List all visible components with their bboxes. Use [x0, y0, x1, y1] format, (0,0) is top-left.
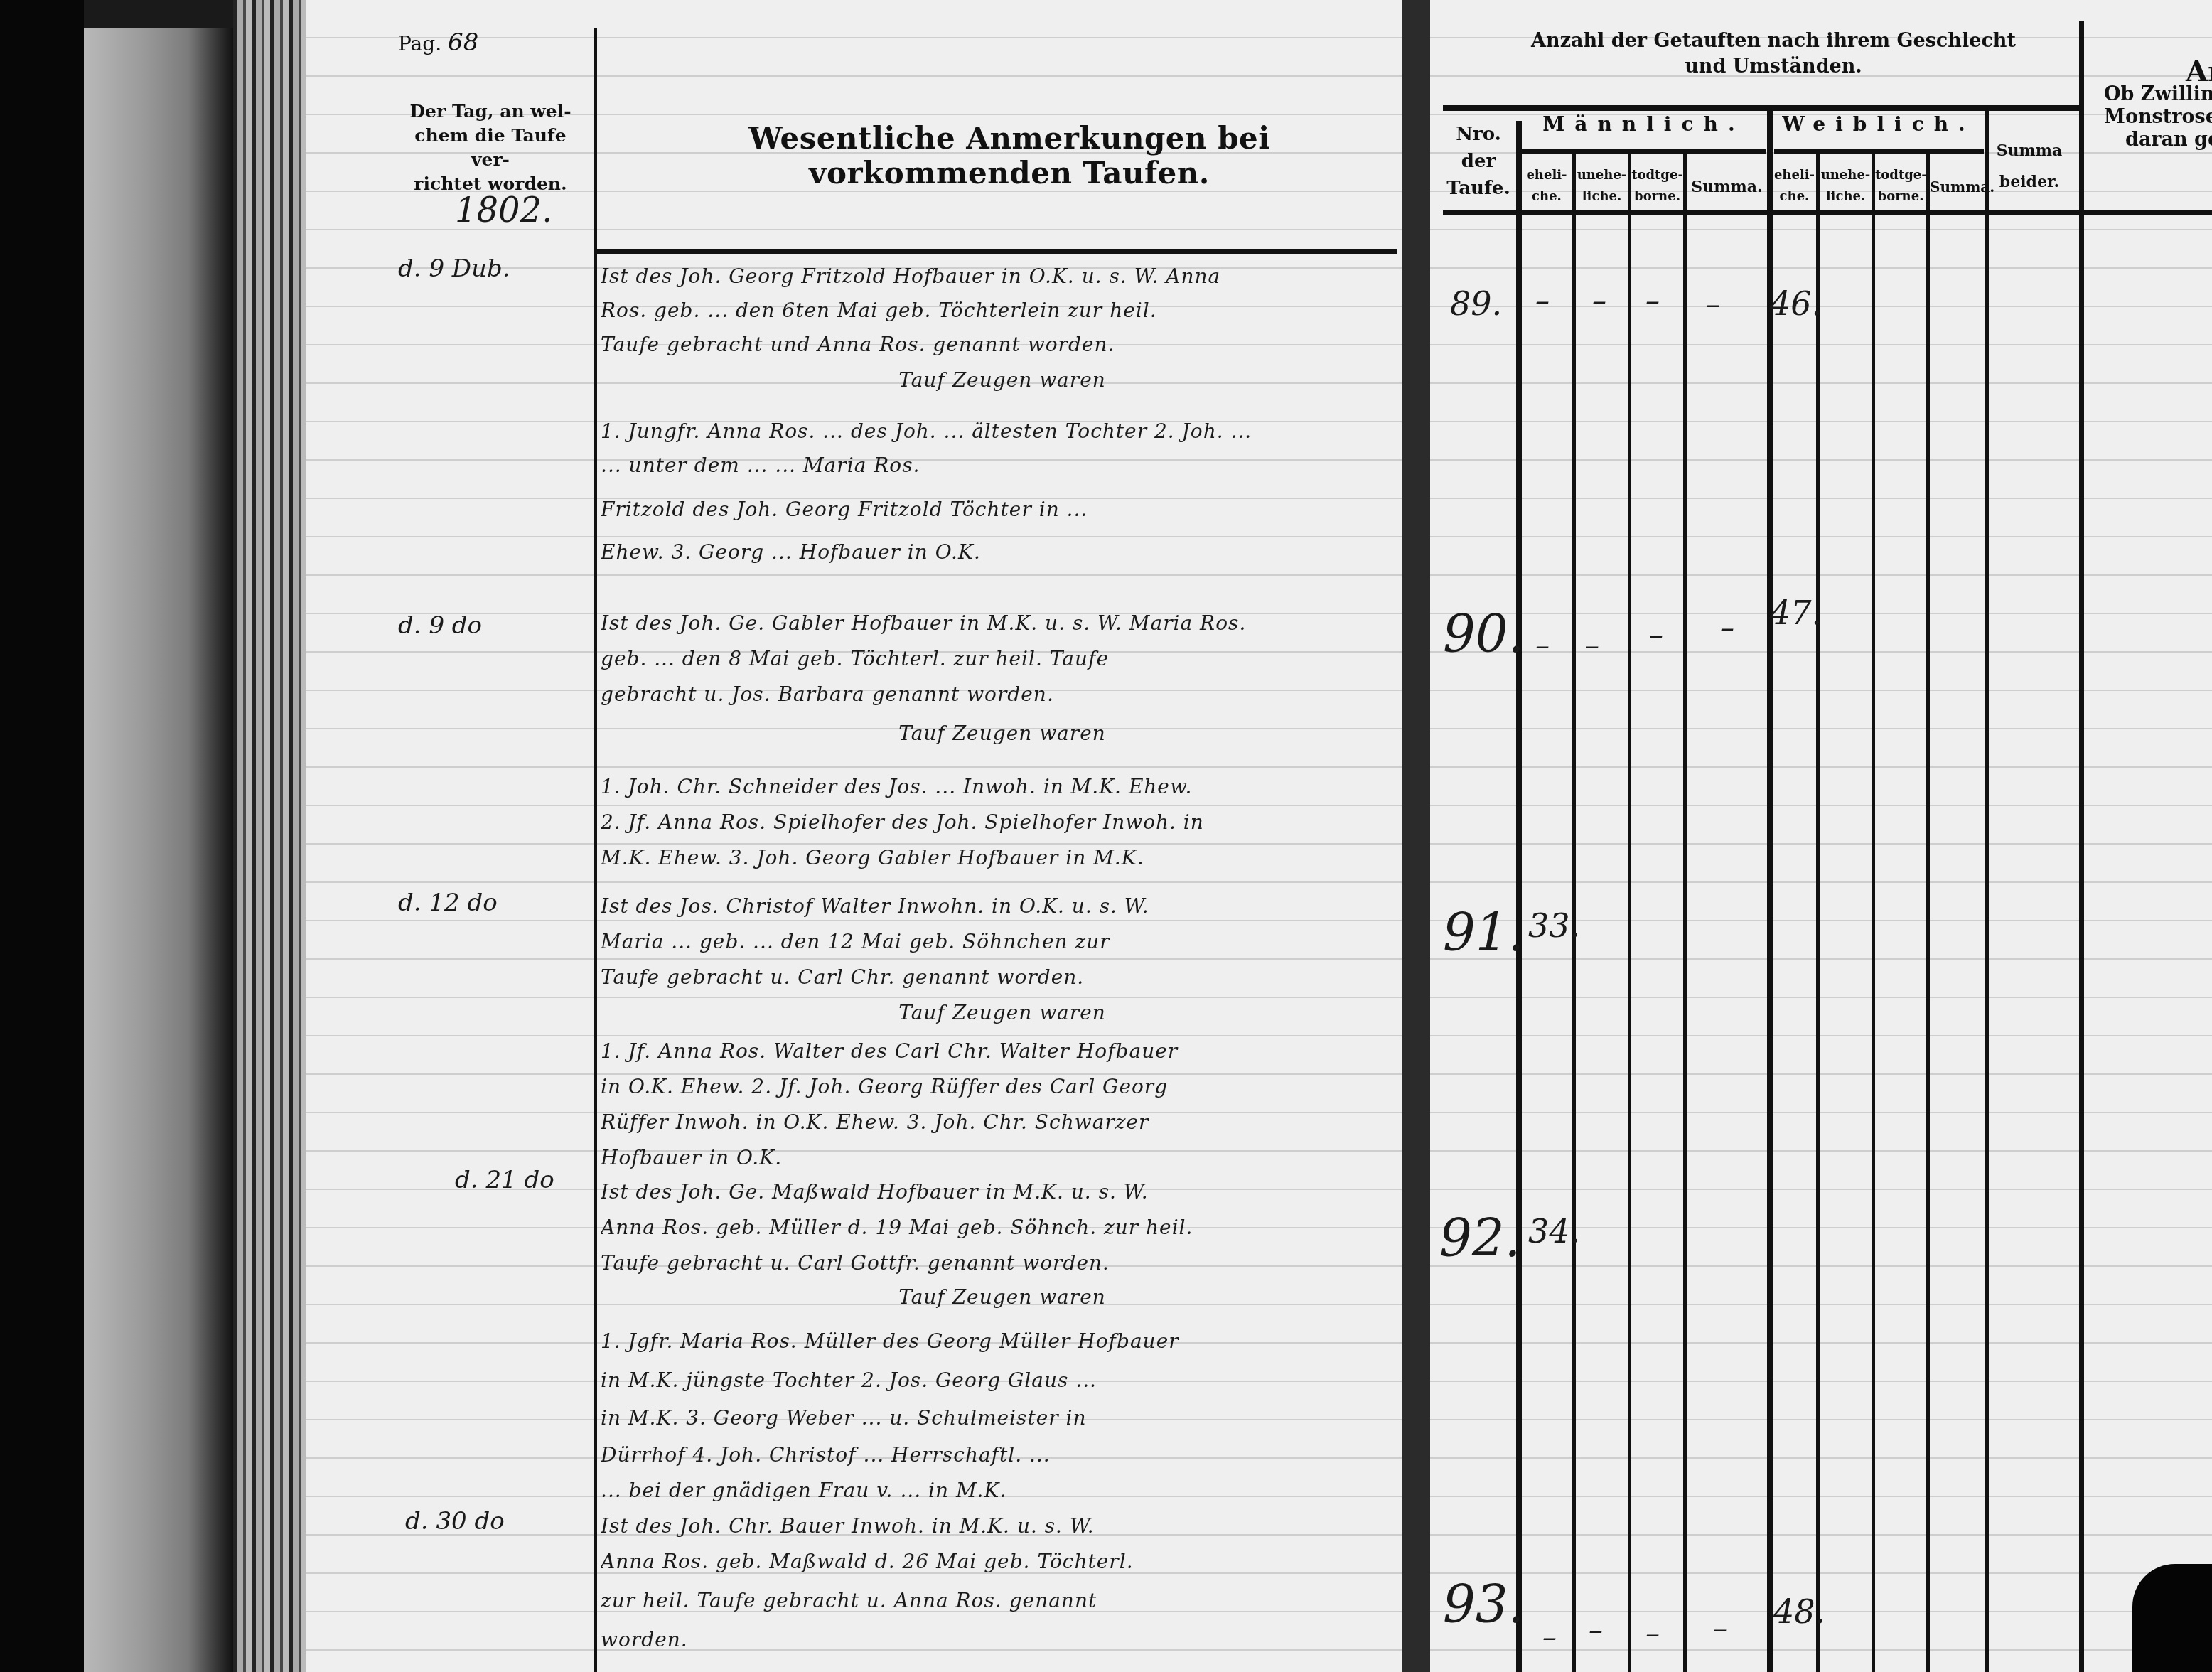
- sum-both-header: Summabeider.: [1990, 135, 2068, 198]
- gutter-top-shadow: [84, 0, 233, 28]
- date-column-header: Der Tag, an wel- chem die Taufe ver- ric…: [394, 100, 586, 196]
- male-stillborn-header: todtge-borne.: [1631, 165, 1683, 208]
- male-stillborn-value: –: [1645, 1617, 1660, 1650]
- rule-nro: [1516, 121, 1522, 1672]
- count-header-line: und Umständen.: [1471, 54, 2076, 80]
- male-illegit-header: unehe-liche.: [1576, 165, 1628, 208]
- sponsor-line: in O.K. Ehew. 2. Jf. Joh. Georg Rüffer d…: [601, 1075, 1404, 1098]
- male-sum-value: –: [1706, 288, 1720, 321]
- rule-f1: [1816, 149, 1820, 1672]
- entry-text-line: Taufe gebracht u. Carl Chr. genannt word…: [601, 965, 1404, 989]
- male-stillborn-value: –: [1649, 618, 1663, 651]
- male-legit-header: eheli-che.: [1521, 165, 1572, 208]
- baptism-number: 91.: [1443, 903, 1525, 963]
- entry-date: d. 9 Dub.: [398, 254, 510, 283]
- page-label-text: Pag.: [398, 32, 441, 55]
- entry-text-line: geb. ... den 8 Mai geb. Töchterl. zur he…: [601, 647, 1404, 670]
- male-legit-value: 33.: [1528, 906, 1580, 945]
- female-group-header: Weiblich.: [1773, 112, 1985, 136]
- female-sum-header: Summa.: [1930, 176, 1985, 198]
- page-label: Pag. 68: [398, 28, 478, 57]
- male-illegit-value: –: [1589, 1614, 1603, 1646]
- remarks-column-header: Wesentliche Anmerkungen bei vorkommenden…: [626, 121, 1393, 191]
- rule-female-sub: [1774, 149, 1984, 154]
- right-header-line: Ob Zwillin: [2104, 83, 2212, 106]
- rule-sum-both: [1985, 107, 1989, 1672]
- male-illegit-value: –: [1592, 284, 1606, 317]
- sponsor-line: Hofbauer in O.K.: [601, 1146, 1404, 1169]
- nro-column-header: Nro. der Taufe.: [1443, 121, 1514, 202]
- rule-male-sub: [1521, 149, 1766, 154]
- sponsor-line: Rüffer Inwoh. in O.K. Ehew. 3. Joh. Chr.…: [601, 1110, 1404, 1134]
- microfilm-border: [0, 0, 84, 1672]
- male-legit-value: –: [1535, 284, 1550, 317]
- date-header-line: chem die Taufe ver-: [394, 124, 586, 172]
- page-number: 68: [448, 28, 478, 57]
- sponsor-line: in M.K. jüngste Tochter 2. Jos. Georg Gl…: [601, 1368, 1404, 1392]
- female-legit-header: eheli-che.: [1773, 165, 1816, 208]
- nro-header-line: Taufe.: [1443, 175, 1514, 202]
- baptism-number: 90.: [1443, 604, 1525, 664]
- male-legit-value: –: [1535, 629, 1550, 662]
- rule-male-female: [1767, 107, 1773, 1672]
- baptism-number: 89.: [1450, 284, 1502, 323]
- sponsors-heading: Tauf Zeugen waren: [611, 722, 1393, 745]
- date-header-line: Der Tag, an wel-: [394, 100, 586, 124]
- baptism-number: 92.: [1439, 1209, 1521, 1268]
- entry-text-line: zur heil. Taufe gebracht u. Anna Ros. ge…: [601, 1589, 1404, 1612]
- sponsor-line: 1. Jgfr. Maria Ros. Müller des Georg Mül…: [601, 1329, 1404, 1353]
- nro-header-line: Nro.: [1443, 121, 1514, 148]
- page-edges: [233, 0, 311, 1672]
- count-group-header: Anzahl der Getauften nach ihrem Geschlec…: [1471, 28, 2076, 80]
- entry-text-line: Ros. geb. ... den 6ten Mai geb. Töchterl…: [601, 299, 1404, 322]
- sponsors-heading: Tauf Zeugen waren: [611, 1001, 1393, 1024]
- female-legit-value: 47.: [1770, 594, 1822, 632]
- rule-f2: [1872, 149, 1875, 1672]
- male-sum-value: –: [1720, 611, 1734, 644]
- dark-blot-corner: [2132, 1564, 2212, 1672]
- sponsor-line: M.K. Ehew. 3. Joh. Georg Gabler Hofbauer…: [601, 846, 1404, 869]
- female-illegit-header: unehe-liche.: [1820, 165, 1872, 208]
- center-binding: [1402, 0, 1430, 1672]
- sponsor-line: ... bei der gnädigen Frau v. ... in M.K.: [601, 1479, 1404, 1502]
- entry-text-line: Taufe gebracht und Anna Ros. genannt wor…: [601, 333, 1404, 356]
- male-illegit-value: –: [1585, 629, 1599, 662]
- female-stillborn-header: todtge-borne.: [1875, 165, 1926, 208]
- sponsor-line: in M.K. 3. Georg Weber ... u. Schulmeist…: [601, 1406, 1404, 1430]
- sponsor-line: 1. Jungfr. Anna Ros. ... des Joh. ... äl…: [601, 419, 1404, 443]
- entry-date: d. 30 do: [405, 1507, 505, 1536]
- rule-date-remarks: [594, 28, 597, 1672]
- entry-date: d. 21 do: [455, 1166, 554, 1194]
- rule-header-bottom-left: [594, 249, 1397, 254]
- entry-text-line: Ist des Joh. Ge. Maßwald Hofbauer in M.K…: [601, 1180, 1404, 1204]
- entry-date: d. 9 do: [398, 611, 482, 640]
- sponsor-line: Fritzold des Joh. Georg Fritzold Töchter…: [601, 498, 1404, 521]
- sponsors-heading: Tauf Zeugen waren: [611, 1285, 1393, 1309]
- entry-text-line: Taufe gebracht u. Carl Gottfr. genannt w…: [601, 1251, 1404, 1275]
- entry-text-line: Ist des Jos. Christof Walter Inwohn. in …: [601, 894, 1404, 918]
- rule-right-section: [2079, 21, 2084, 1672]
- right-partial-header: An Ob Zwillin Monstroses daran ge: [2104, 60, 2212, 151]
- right-header-line: daran ge: [2125, 129, 2212, 151]
- male-legit-value: –: [1542, 1621, 1557, 1654]
- sponsor-line: 1. Joh. Chr. Schneider des Jos. ... Inwo…: [601, 775, 1404, 798]
- male-stillborn-value: –: [1645, 284, 1660, 317]
- right-header-line: Monstroses: [2104, 106, 2212, 129]
- male-sum-value: –: [1713, 1612, 1727, 1645]
- right-header-title: An: [2186, 60, 2212, 83]
- book-gutter-shadow: [84, 0, 233, 1672]
- entry-text-line: Ist des Joh. Chr. Bauer Inwoh. in M.K. u…: [601, 1514, 1404, 1538]
- entry-text-line: Anna Ros. geb. Müller d. 19 Mai geb. Söh…: [601, 1216, 1404, 1239]
- female-legit-value: 46.: [1770, 284, 1822, 323]
- entry-text-line: Ist des Joh. Ge. Gabler Hofbauer in M.K.…: [601, 611, 1404, 635]
- rule-f3: [1926, 149, 1930, 1672]
- rule-header-bottom-right: [1443, 210, 2212, 215]
- entry-date: d. 12 do: [398, 889, 498, 917]
- baptism-number: 93.: [1443, 1575, 1525, 1634]
- male-sum-header: Summa.: [1687, 176, 1767, 198]
- entry-text-line: Maria ... geb. ... den 12 Mai geb. Söhnc…: [601, 930, 1404, 953]
- entry-text-line: Ist des Joh. Georg Fritzold Hofbauer in …: [601, 264, 1404, 288]
- count-header-line: Anzahl der Getauften nach ihrem Geschlec…: [1471, 28, 2076, 54]
- female-legit-value: 48.: [1773, 1592, 1825, 1631]
- rule-m2: [1628, 149, 1631, 1672]
- entry-text-line: worden.: [601, 1628, 1404, 1651]
- rule-m3: [1683, 149, 1687, 1672]
- sponsors-heading: Tauf Zeugen waren: [611, 368, 1393, 392]
- entry-text-line: gebracht u. Jos. Barbara genannt worden.: [601, 682, 1404, 706]
- sponsor-line: 2. Jf. Anna Ros. Spielhofer des Joh. Spi…: [601, 810, 1404, 834]
- year: 1802.: [455, 191, 552, 230]
- nro-header-line: der: [1443, 148, 1514, 175]
- male-group-header: Männlich.: [1521, 112, 1766, 136]
- sponsor-line: ... unter dem ... ... Maria Ros.: [601, 454, 1404, 477]
- sponsor-line: 1. Jf. Anna Ros. Walter des Carl Chr. Wa…: [601, 1039, 1404, 1063]
- male-legit-value: 34.: [1528, 1212, 1580, 1250]
- sponsor-line: Ehew. 3. Georg ... Hofbauer in O.K.: [601, 540, 1404, 564]
- sponsor-line: Dürrhof 4. Joh. Christof ... Herrschaftl…: [601, 1443, 1404, 1467]
- entry-text-line: Anna Ros. geb. Maßwald d. 26 Mai geb. Tö…: [601, 1550, 1404, 1573]
